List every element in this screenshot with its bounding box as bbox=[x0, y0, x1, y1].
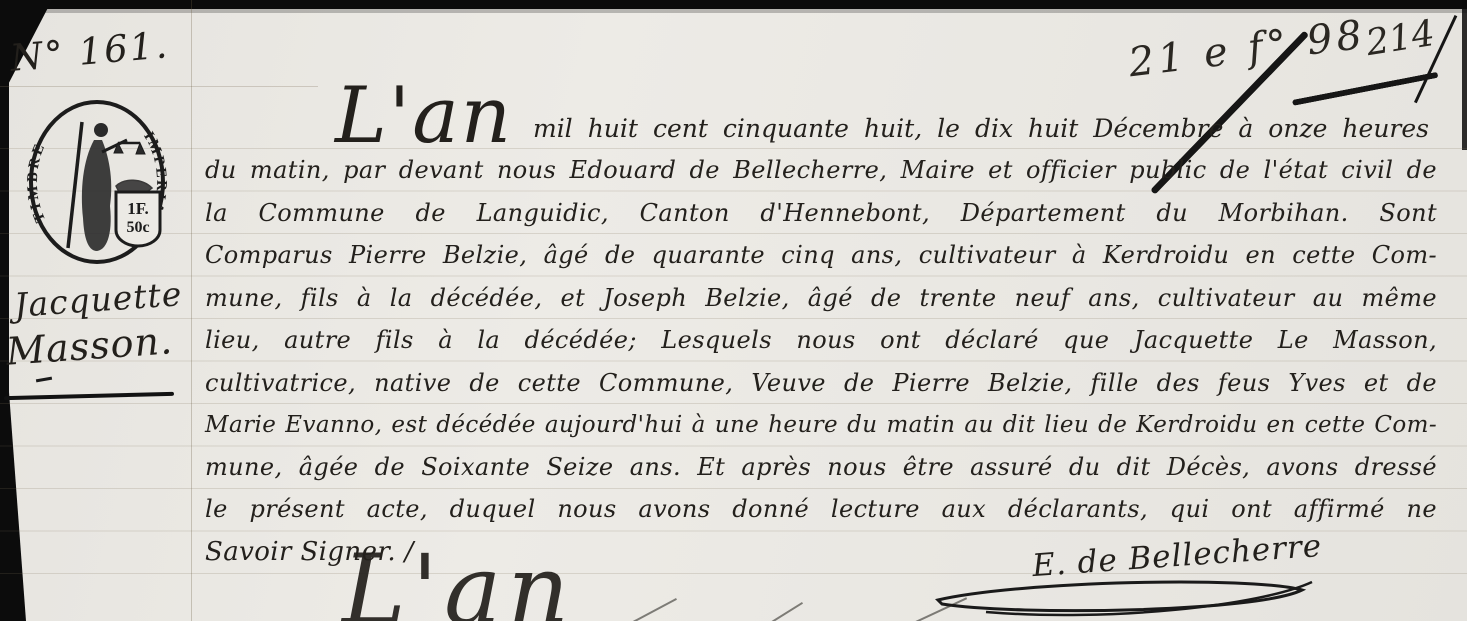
act-line-5: lieu, autre fils à la décédée; Lesquels … bbox=[205, 327, 1437, 367]
act-line-8: mune, âgée de Soixante Seize ans. Et apr… bbox=[205, 454, 1437, 494]
next-act-opening-partial: L'an bbox=[342, 552, 575, 621]
folio-number-annotation: 214 bbox=[1363, 13, 1437, 64]
margin-deceased-name-line1: Jacquette bbox=[13, 274, 184, 325]
stamp-denomination-1: 1F. bbox=[127, 199, 149, 218]
figure-head bbox=[94, 123, 108, 137]
scales-pan-right bbox=[136, 143, 145, 154]
folio-annotation: 21 e f° 98 bbox=[1126, 12, 1368, 87]
act-line-3: Comparus Pierre Belzie, âgé de quarante … bbox=[205, 242, 1437, 282]
act-line-1: du matin, par devant nous Edouard de Bel… bbox=[205, 157, 1437, 197]
margin-rule-line bbox=[191, 0, 192, 621]
margin-deceased-name-line2: Masson. bbox=[5, 318, 175, 374]
stamp-denomination-2: 50c bbox=[126, 219, 149, 236]
scanned-death-record-page: N° 161. TIMBRE IMPERIAL. 1F. 50c bbox=[0, 0, 1467, 621]
timbre-imperial-stamp: TIMBRE IMPERIAL. 1F. 50c bbox=[24, 98, 170, 270]
staff bbox=[68, 122, 82, 248]
signature-paraph-flourish bbox=[928, 576, 1320, 620]
act-line-0: mil huit cent cinquante huit, le dix hui… bbox=[513, 114, 1429, 147]
act-line-2: la Commune de Languidic, Canton d'Henneb… bbox=[205, 200, 1437, 240]
svg-text:TIMBRE: TIMBRE bbox=[25, 139, 49, 224]
next-act-ghost-stroke bbox=[763, 602, 803, 621]
act-line-9: le présent acte, duquel nous avons donné… bbox=[205, 496, 1437, 536]
act-line-6: cultivatrice, native de cette Commune, V… bbox=[205, 370, 1437, 410]
margin-dash bbox=[36, 377, 52, 383]
stamp-shield: 1F. 50c bbox=[116, 192, 160, 246]
scan-edge-right bbox=[1462, 0, 1467, 150]
scan-edge-top-shadow bbox=[0, 9, 1467, 13]
ruled-line-partial bbox=[0, 86, 318, 87]
scan-edge-top bbox=[0, 0, 1467, 9]
act-opening-word: L'an bbox=[335, 86, 513, 147]
stamp-arc-text-left: TIMBRE bbox=[25, 139, 49, 224]
figure-robe bbox=[82, 140, 111, 251]
act-line-7: Marie Evanno, est décédée aujourd'hui à … bbox=[205, 412, 1437, 452]
next-act-ghost-stroke bbox=[623, 598, 677, 621]
scan-edge-left-wedge bbox=[0, 392, 26, 621]
act-first-line: L'an mil huit cent cinquante huit, le di… bbox=[335, 86, 1429, 147]
margin-underline bbox=[4, 392, 174, 400]
act-line-4: mune, fils à la décédée, et Joseph Belzi… bbox=[205, 285, 1437, 325]
